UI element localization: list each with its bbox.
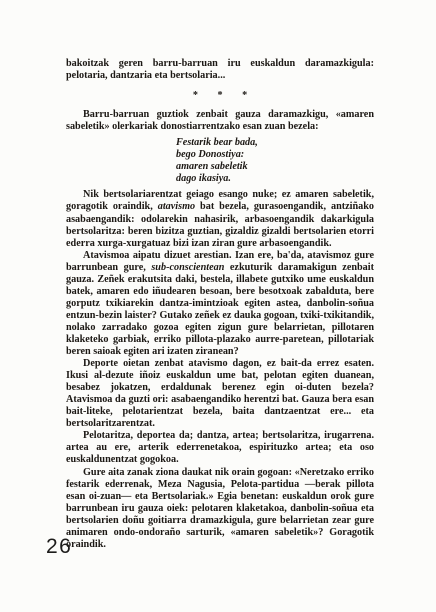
page-text-block: bakoitzak geren barru-barruan iru euskal… bbox=[66, 58, 374, 551]
paragraph-continuation: bakoitzak geren barru-barruan iru euskal… bbox=[66, 58, 374, 82]
text-segment: bakoitzak geren barru-barruan iru euskal… bbox=[66, 58, 374, 81]
text-segment: ezkuturik daramakigun zenbait gauza. Zeñ… bbox=[66, 262, 374, 357]
verse-line-1: Festarik bear bada, bbox=[176, 137, 374, 149]
text-segment: sub-conscientean bbox=[151, 262, 224, 273]
book-page: bakoitzak geren barru-barruan iru euskal… bbox=[0, 0, 436, 612]
text-segment: Barru-barruan guztiok zenbait gauza dara… bbox=[66, 109, 374, 132]
verse-quote: Festarik bear bada, bego Donostiya: amar… bbox=[176, 137, 374, 185]
text-segment: Deporte oietan zenbat atavismo dagon, ez… bbox=[66, 358, 374, 429]
verse-line-3: amaren sabeletik bbox=[176, 161, 374, 173]
paragraph-intro: Barru-barruan guztiok zenbait gauza dara… bbox=[66, 109, 374, 133]
section-divider-asterisks: * * * bbox=[66, 90, 374, 102]
scanned-book-page: { "page": { "number": "26", "paper_color… bbox=[0, 0, 436, 612]
paragraph-aita: Gure aita zanak ziona daukat nik orain g… bbox=[66, 467, 374, 551]
text-segment: atavismo bbox=[158, 201, 195, 212]
page-number: 26 bbox=[46, 535, 72, 559]
verse-line-4: dago ikasiya. bbox=[176, 173, 374, 185]
text-segment: Pelotaritza, deportea da; dantza, artea;… bbox=[66, 430, 374, 465]
verse-line-2: bego Donostiya: bbox=[176, 149, 374, 161]
paragraph-pelotaritza: Pelotaritza, deportea da; dantza, artea;… bbox=[66, 430, 374, 466]
paragraph-atavismo-2: Atavismoa aipatu dizuet arestian. Izan e… bbox=[66, 250, 374, 358]
paragraph-deporte: Deporte oietan zenbat atavismo dagon, ez… bbox=[66, 358, 374, 430]
paragraph-atavismo-1: Nik bertsolariarentzat geiago esango nuk… bbox=[66, 189, 374, 249]
text-segment: Gure aita zanak ziona daukat nik orain g… bbox=[66, 467, 374, 550]
